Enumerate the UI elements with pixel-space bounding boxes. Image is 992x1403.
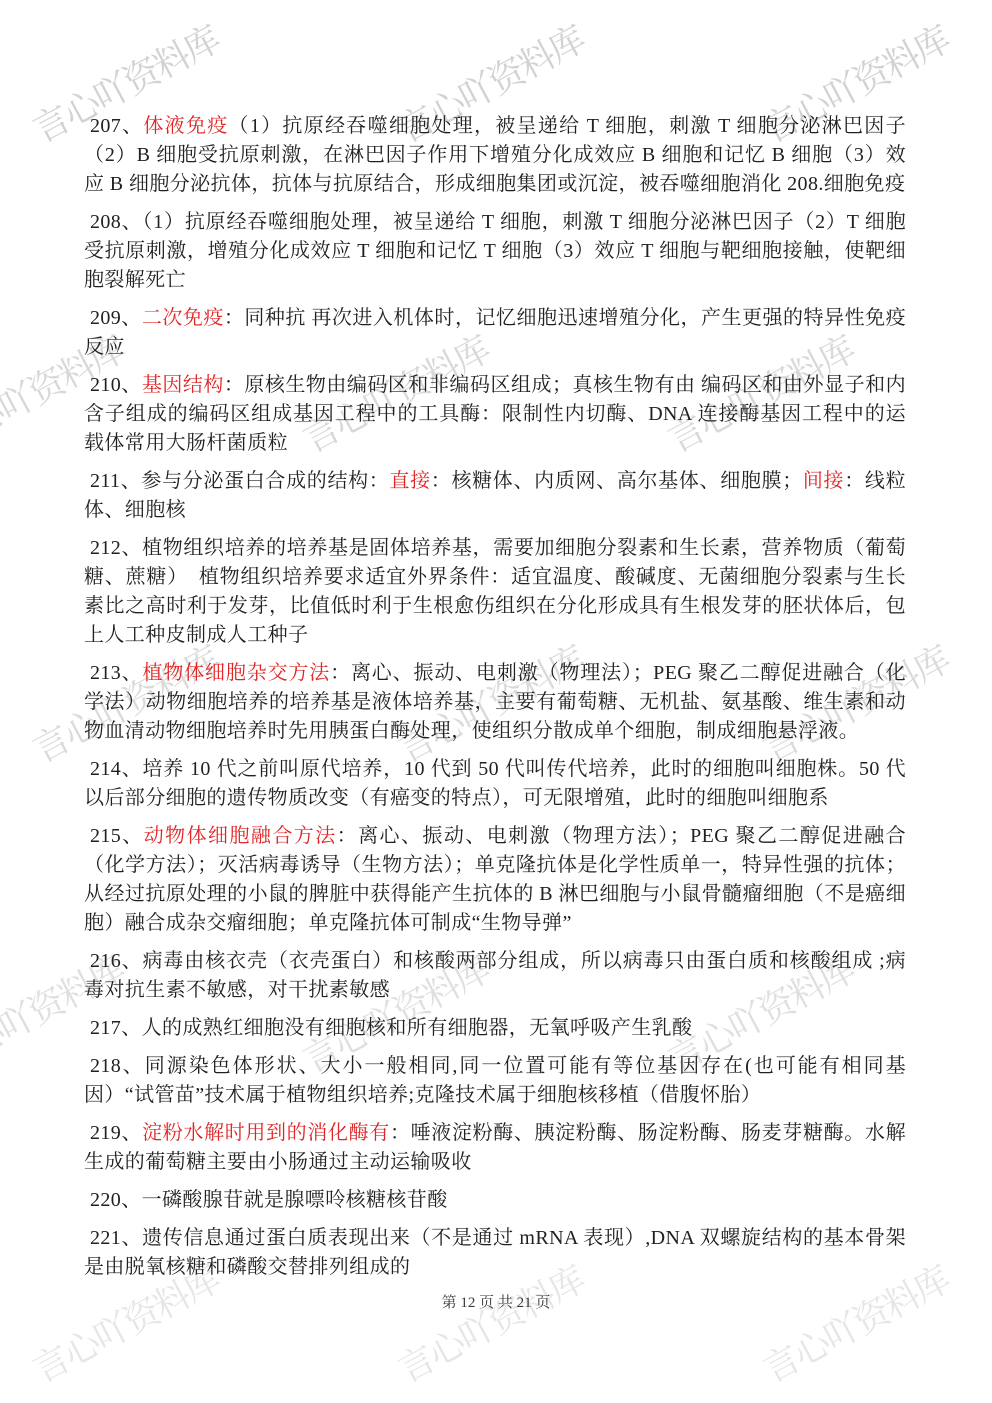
note-text: 212、植物组织培养的培养基是固体培养基，需要加细胞分裂素和生长素，营养物质（葡…	[84, 537, 906, 646]
note-keyword-red: 间接	[803, 470, 845, 492]
note-paragraph: 218、同源染色体形状、大小一般相同,同一位置可能有等位基因存在(也可能有相同基…	[84, 1052, 906, 1110]
note-text: 211、参与分泌蛋白合成的结构：	[90, 470, 389, 492]
note-text: 208、（1）抗原经吞噬细胞处理，被呈递给 T 细胞，刺激 T 细胞分泌淋巴因子…	[84, 211, 906, 291]
page-number-text: 第 12 页 共 21 页	[442, 1295, 551, 1311]
note-text: ：核糖体、内质网、高尔基体、细胞膜；	[431, 470, 803, 492]
note-paragraph: 217、人的成熟红细胞没有细胞核和所有细胞器，无氧呼吸产生乳酸	[84, 1014, 906, 1043]
note-text: 209、	[90, 307, 142, 329]
note-text: 218、同源染色体形状、大小一般相同,同一位置可能有等位基因存在(也可能有相同基…	[84, 1055, 906, 1106]
note-paragraph: 208、（1）抗原经吞噬细胞处理，被呈递给 T 细胞，刺激 T 细胞分泌淋巴因子…	[84, 208, 906, 295]
page-footer: 第 12 页 共 21 页	[0, 1291, 992, 1312]
note-paragraph: 216、病毒由核衣壳（衣壳蛋白）和核酸两部分组成，所以病毒只由蛋白质和核酸组成 …	[84, 947, 906, 1005]
note-paragraph: 215、动物体细胞融合方法：离心、振动、电刺激（物理方法）；PEG 聚乙二醇促进…	[84, 822, 906, 938]
note-paragraph: 221、遗传信息通过蛋白质表现出来（不是通过 mRNA 表现）,DNA 双螺旋结…	[84, 1224, 906, 1282]
note-paragraph: 209、二次免疫：同种抗 再次进入机体时，记忆细胞迅速增殖分化，产生更强的特异性…	[84, 304, 906, 362]
notes-list: 207、体液免疫（1）抗原经吞噬细胞处理，被呈递给 T 细胞，刺激 T 细胞分泌…	[84, 112, 906, 1291]
note-keyword-red: 动物体细胞融合方法	[144, 825, 337, 847]
note-paragraph: 220、一磷酸腺苷就是腺嘌呤核糖核苷酸	[84, 1186, 906, 1215]
note-keyword-red: 体液免疫	[143, 115, 228, 137]
note-text: 219、	[90, 1122, 142, 1144]
note-text: 216、病毒由核衣壳（衣壳蛋白）和核酸两部分组成，所以病毒只由蛋白质和核酸组成 …	[84, 950, 906, 1001]
note-text: 213、	[90, 662, 143, 684]
note-text: 207、	[90, 115, 143, 137]
note-text: 210、	[90, 374, 142, 396]
note-paragraph: 211、参与分泌蛋白合成的结构：直接：核糖体、内质网、高尔基体、细胞膜；间接：线…	[84, 467, 906, 525]
note-text: 214、培养 10 代之前叫原代培养，10 代到 50 代叫传代培养，此时的细胞…	[84, 758, 906, 809]
note-paragraph: 207、体液免疫（1）抗原经吞噬细胞处理，被呈递给 T 细胞，刺激 T 细胞分泌…	[84, 112, 906, 199]
document-page: 言心吖资料库言心吖资料库言心吖资料库言心吖资料库言心吖资料库言心吖资料库言心吖资…	[0, 0, 992, 1403]
note-paragraph: 213、植物体细胞杂交方法：离心、振动、电刺激（物理法）；PEG 聚乙二醇促进融…	[84, 659, 906, 746]
note-keyword-red: 基因结构	[142, 374, 224, 396]
note-text: 220、一磷酸腺苷就是腺嘌呤核糖核苷酸	[90, 1189, 448, 1211]
note-text: 215、	[90, 825, 144, 847]
note-text: 221、遗传信息通过蛋白质表现出来（不是通过 mRNA 表现）,DNA 双螺旋结…	[84, 1227, 906, 1278]
note-text: 217、人的成熟红细胞没有细胞核和所有细胞器，无氧呼吸产生乳酸	[90, 1017, 692, 1039]
note-paragraph: 210、基因结构：原核生物由编码区和非编码区组成；真核生物有由 编码区和由外显子…	[84, 371, 906, 458]
note-keyword-red: 直接	[389, 470, 430, 492]
note-keyword-red: 二次免疫	[142, 307, 224, 329]
note-keyword-red: 淀粉水解时用到的消化酶有	[142, 1122, 390, 1144]
note-keyword-red: 植物体细胞杂交方法	[143, 662, 331, 684]
note-paragraph: 214、培养 10 代之前叫原代培养，10 代到 50 代叫传代培养，此时的细胞…	[84, 755, 906, 813]
note-paragraph: 219、淀粉水解时用到的消化酶有：唾液淀粉酶、胰淀粉酶、肠淀粉酶、肠麦芽糖酶。水…	[84, 1119, 906, 1177]
note-paragraph: 212、植物组织培养的培养基是固体培养基，需要加细胞分裂素和生长素，营养物质（葡…	[84, 534, 906, 650]
